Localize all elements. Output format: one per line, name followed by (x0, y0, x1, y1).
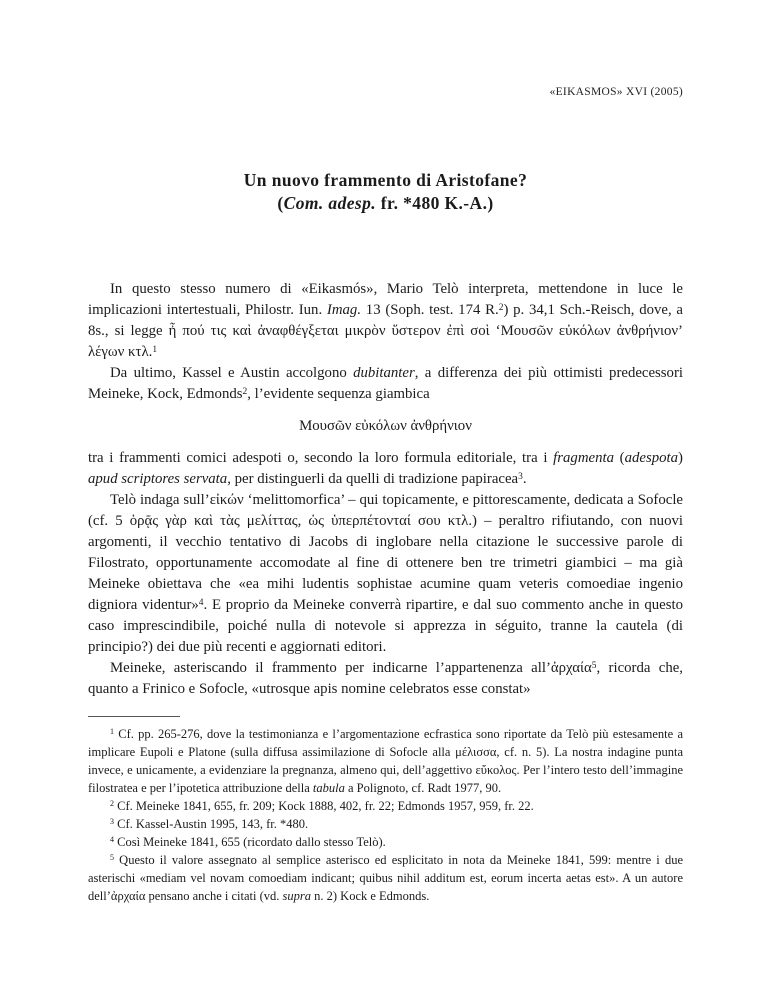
footnote: 3 Cf. Kassel-Austin 1995, 143, fr. *480. (88, 815, 683, 833)
footnote: 1 Cf. pp. 265-276, dove la testimonianza… (88, 725, 683, 797)
body-paragraph: tra i frammenti comici adespoti o, secon… (88, 448, 683, 490)
article-title-block: Un nuovo frammento di Aristofane? (Com. … (88, 169, 683, 215)
footnote: 4 Così Meineke 1841, 655 (ricordato dall… (88, 833, 683, 851)
footnote-separator-rule (88, 716, 180, 717)
footnotes-section: 1 Cf. pp. 265-276, dove la testimonianza… (88, 716, 683, 905)
article-title: Un nuovo frammento di Aristofane? (88, 169, 683, 192)
article-subtitle: (Com. adesp. fr. *480 K.-A.) (88, 192, 683, 215)
journal-running-head: «EIKASMOS» XVI (2005) (88, 86, 683, 98)
body-paragraph: Meineke, asteriscando il frammento per i… (88, 658, 683, 700)
journal-page: «EIKASMOS» XVI (2005) Un nuovo frammento… (0, 0, 768, 994)
body-paragraph: In questo stesso numero di «Eikasmós», M… (88, 279, 683, 363)
footnote: 5 Questo il valore assegnato al semplice… (88, 851, 683, 905)
greek-quote-line: Μουσῶν εὐκόλων ἀνθρήνιον (88, 416, 683, 437)
footnote: 2 Cf. Meineke 1841, 655, fr. 209; Kock 1… (88, 797, 683, 815)
article-body: In questo stesso numero di «Eikasmós», M… (88, 279, 683, 700)
body-paragraph: Telò indaga sull’εἰκών ‘melittomorfica’ … (88, 490, 683, 658)
body-paragraph: Da ultimo, Kassel e Austin accolgono dub… (88, 363, 683, 405)
